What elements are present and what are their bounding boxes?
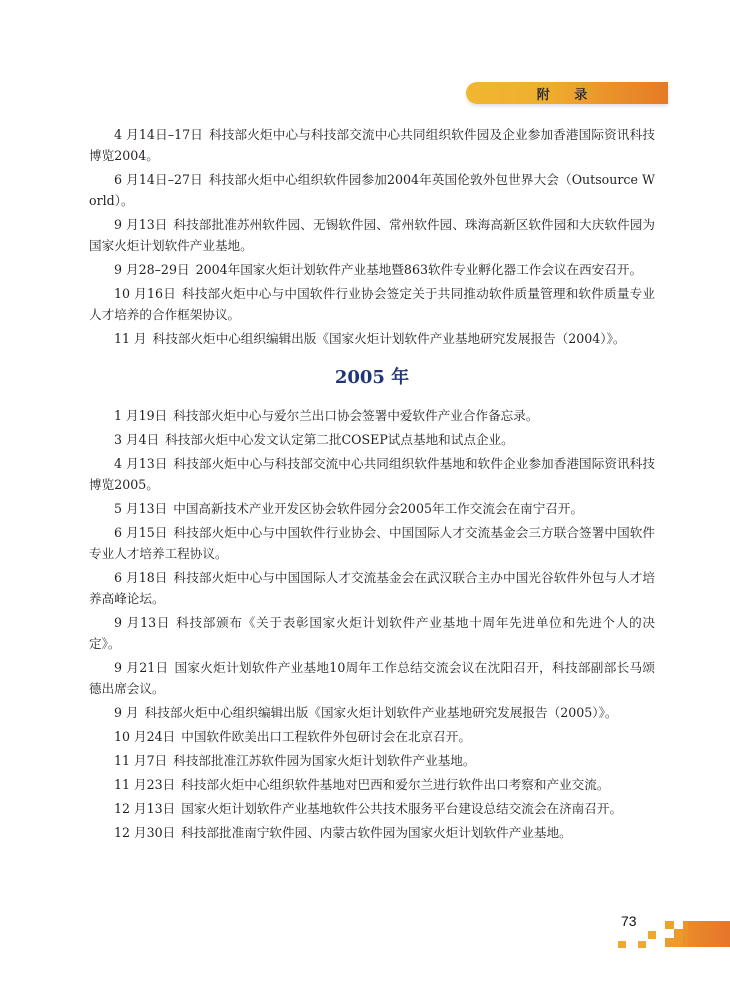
timeline-entry: 11 月23日科技部火炬中心组织软件基地对巴西和爱尔兰进行软件出口考察和产业交流…: [89, 774, 655, 795]
timeline-entry: 6 月18日科技部火炬中心与中国国际人才交流基金会在武汉联合主办中国光谷软件外包…: [89, 567, 655, 609]
timeline-entry: 5 月13日中国高新技术产业开发区协会软件园分会2005年工作交流会在南宁召开。: [89, 498, 655, 519]
entry-text: 科技部火炬中心发文认定第二批COSEP试点基地和试点企业。: [165, 432, 514, 447]
entry-date: 6 月14日–27日: [114, 172, 203, 187]
entry-text: 科技部批准南宁软件园、内蒙古软件园为国家火炬计划软件产业基地。: [181, 825, 571, 840]
entry-date: 11 月23日: [114, 777, 175, 792]
decor-square: [674, 929, 683, 947]
timeline-entry: 12 月30日科技部批准南宁软件园、内蒙古软件园为国家火炬计划软件产业基地。: [89, 822, 655, 843]
decor-square: [665, 938, 674, 947]
entry-date: 12 月30日: [114, 825, 175, 840]
timeline-entry: 6 月14日–27日科技部火炬中心组织软件园参加2004年英国伦敦外包世界大会（…: [89, 169, 655, 211]
entry-text: 中国高新技术产业开发区协会软件园分会2005年工作交流会在南宁召开。: [173, 501, 583, 516]
decor-square: [638, 941, 646, 948]
entry-text: 科技部火炬中心与中国国际人才交流基金会在武汉联合主办中国光谷软件外包与人才培养高…: [89, 570, 655, 606]
entry-date: 9 月: [114, 705, 139, 720]
entry-date: 9 月21日: [114, 660, 168, 675]
decor-square: [618, 941, 626, 948]
decor-square: [648, 931, 656, 939]
page-number: 73: [621, 913, 637, 929]
entry-date: 6 月18日: [114, 570, 168, 585]
timeline-entry: 4 月14日–17日科技部火炬中心与科技部交流中心共同组织软件园及企业参加香港国…: [89, 124, 655, 166]
timeline-entry: 9 月21日国家火炬计划软件产业基地10周年工作总结交流会议在沈阳召开，科技部副…: [89, 657, 655, 699]
entry-text: 国家火炬计划软件产业基地10周年工作总结交流会议在沈阳召开，科技部副部长马颂德出…: [89, 660, 655, 696]
entry-date: 9 月13日: [114, 615, 170, 630]
timeline-entry: 12 月13日国家火炬计划软件产业基地软件公共技术服务平台建设总结交流会在济南召…: [89, 798, 655, 819]
entry-text: 科技部批准江苏软件园为国家火炬计划软件产业基地。: [173, 753, 475, 768]
entry-date: 4 月13日: [114, 456, 168, 471]
section-header-bar: 附 录: [466, 82, 668, 104]
entry-date: 12 月13日: [114, 801, 175, 816]
timeline-entry: 10 月24日中国软件欧美出口工程软件外包研讨会在北京召开。: [89, 726, 655, 747]
entry-text: 2004年国家火炬计划软件产业基地暨863软件专业孵化器工作会议在西安召开。: [196, 262, 643, 277]
timeline-entry: 9 月28–29日2004年国家火炬计划软件产业基地暨863软件专业孵化器工作会…: [89, 259, 655, 280]
timeline-entry: 9 月13日科技部批准苏州软件园、无锡软件园、常州软件园、珠海高新区软件园和大庆…: [89, 214, 655, 256]
timeline-entry: 6 月15日科技部火炬中心与中国软件行业协会、中国国际人才交流基金会三方联合签署…: [89, 522, 655, 564]
entry-text: 科技部批准苏州软件园、无锡软件园、常州软件园、珠海高新区软件园和大庆软件园为国家…: [89, 217, 655, 253]
entry-text: 科技部火炬中心组织软件基地对巴西和爱尔兰进行软件出口考察和产业交流。: [181, 777, 609, 792]
entry-date: 11 月: [114, 331, 147, 346]
timeline-entry: 11 月7日科技部批准江苏软件园为国家火炬计划软件产业基地。: [89, 750, 655, 771]
timeline-entry: 9 月13日科技部颁布《关于表彰国家火炬计划软件产业基地十周年先进单位和先进个人…: [89, 612, 655, 654]
decor-square: [665, 921, 674, 929]
timeline-entry: 10 月16日科技部火炬中心与中国软件行业协会签定关于共同推动软件质量管理和软件…: [89, 283, 655, 325]
entry-text: 中国软件欧美出口工程软件外包研讨会在北京召开。: [181, 729, 471, 744]
decor-block: [688, 921, 730, 947]
timeline-entry: 3 月4日科技部火炬中心发文认定第二批COSEP试点基地和试点企业。: [89, 429, 655, 450]
entry-text: 科技部火炬中心组织编辑出版《国家火炬计划软件产业基地研究发展报告（2004）》。: [153, 331, 626, 346]
entry-text: 科技部火炬中心与科技部交流中心共同组织软件基地和软件企业参加香港国际资讯科技博览…: [89, 456, 655, 492]
year-heading-2005: 2005 年: [89, 366, 655, 390]
entry-text: 科技部火炬中心与中国软件行业协会、中国国际人才交流基金会三方联合签署中国软件专业…: [89, 525, 655, 561]
entry-date: 1 月19日: [114, 408, 167, 423]
timeline-entry: 4 月13日科技部火炬中心与科技部交流中心共同组织软件基地和软件企业参加香港国际…: [89, 453, 655, 495]
entry-date: 10 月24日: [114, 729, 175, 744]
entry-text: 国家火炬计划软件产业基地软件公共技术服务平台建设总结交流会在济南召开。: [181, 801, 622, 816]
entry-date: 9 月13日: [114, 217, 168, 232]
entry-date: 5 月13日: [114, 501, 167, 516]
page-content: 4 月14日–17日科技部火炬中心与科技部交流中心共同组织软件园及企业参加香港国…: [89, 124, 655, 846]
timeline-entry: 1 月19日科技部火炬中心与爱尔兰出口协会签署中爱软件产业合作备忘录。: [89, 405, 655, 426]
entry-text: 科技部火炬中心与爱尔兰出口协会签署中爱软件产业合作备忘录。: [173, 408, 538, 423]
entry-text: 科技部颁布《关于表彰国家火炬计划软件产业基地十周年先进单位和先进个人的决定》。: [89, 615, 655, 651]
entry-date: 3 月4日: [114, 432, 159, 447]
entry-date: 11 月7日: [114, 753, 167, 768]
section-label: 附 录: [466, 84, 668, 103]
entry-date: 10 月16日: [114, 286, 176, 301]
entry-date: 6 月15日: [114, 525, 168, 540]
entry-text: 科技部火炬中心组织编辑出版《国家火炬计划软件产业基地研究发展报告（2005）》。: [145, 705, 618, 720]
entry-date: 4 月14日–17日: [114, 127, 203, 142]
entry-date: 9 月28–29日: [114, 262, 190, 277]
timeline-entry: 11 月科技部火炬中心组织编辑出版《国家火炬计划软件产业基地研究发展报告（200…: [89, 328, 655, 349]
timeline-entry: 9 月科技部火炬中心组织编辑出版《国家火炬计划软件产业基地研究发展报告（2005…: [89, 702, 655, 723]
